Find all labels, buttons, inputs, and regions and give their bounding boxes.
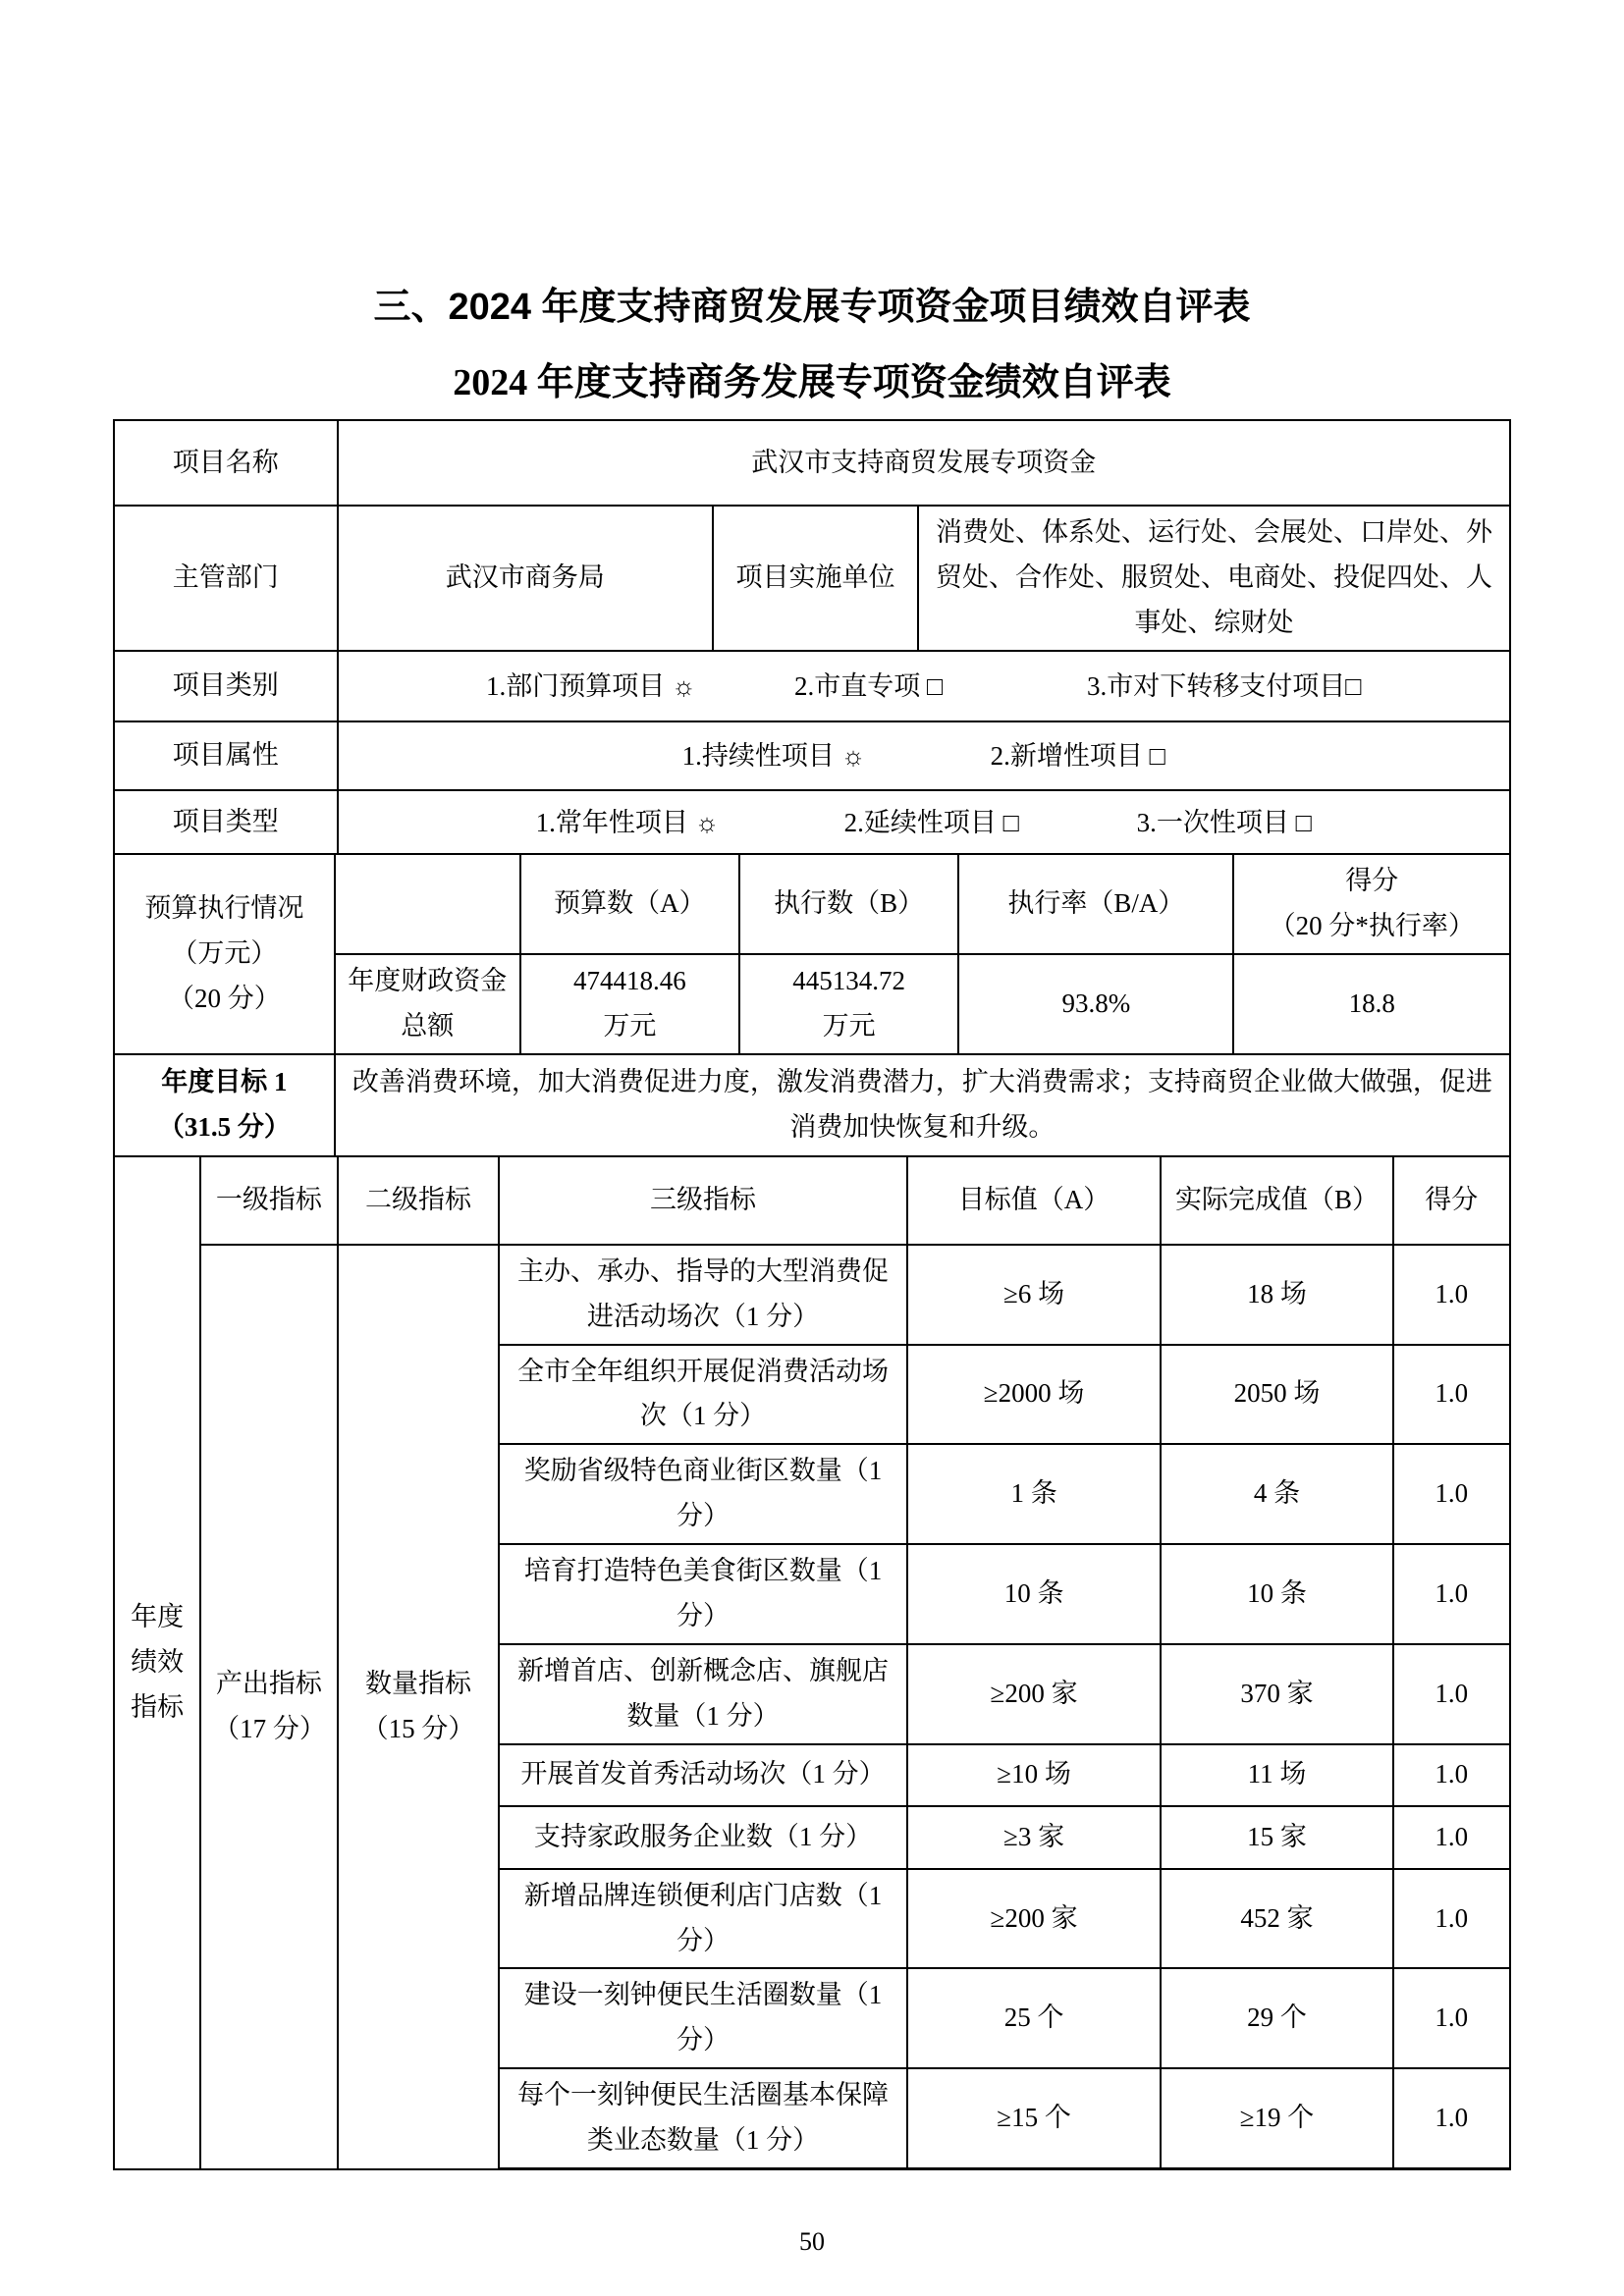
- category-option-unchecked: 2.市直专项 □: [794, 665, 1087, 710]
- indicator-score: 1.0: [1394, 1870, 1511, 1970]
- category-option-checked: 1.部门预算项目 ☼: [486, 665, 794, 710]
- indicator-name: 开展首发首秀活动场次（1 分）: [500, 1745, 907, 1807]
- level3-header: 三级指标: [500, 1157, 907, 1246]
- table-row: 预算执行情况 （万元） （20 分） 预算数（A） 执行数（B） 执行率（B/A…: [115, 855, 1511, 955]
- indicator-target-value: 1 条: [908, 1445, 1163, 1545]
- indicator-target-value: 25 个: [908, 1969, 1163, 2069]
- annual-goal-text: 改善消费环境，加大消费促进力度，激发消费潜力，扩大消费需求；支持商贸企业做大做强…: [336, 1055, 1511, 1157]
- indicator-actual-value: ≥19 个: [1162, 2069, 1393, 2170]
- implementing-unit-value: 消费处、体系处、运行处、会展处、口岸处、外贸处、合作处、服贸处、电商处、投促四处…: [919, 507, 1511, 652]
- indicator-score: 1.0: [1394, 1645, 1511, 1745]
- budget-execution-table: 预算执行情况 （万元） （20 分） 预算数（A） 执行数（B） 执行率（B/A…: [113, 855, 1511, 1055]
- type-option-unchecked: 3.一次性项目 □: [1137, 801, 1312, 846]
- table-row: 项目名称 武汉市支持商贸发展专项资金: [115, 421, 1511, 507]
- project-name-value: 武汉市支持商贸发展专项资金: [339, 421, 1511, 507]
- indicator-name: 主办、承办、指导的大型消费促进活动场次（1 分）: [500, 1246, 907, 1346]
- document-page: 三、2024 年度支持商贸发展专项资金项目绩效自评表 2024 年度支持商务发展…: [0, 0, 1624, 2296]
- indicator-score: 1.0: [1394, 1346, 1511, 1446]
- target-header: 目标值（A）: [908, 1157, 1163, 1246]
- annual-fund-total-label: 年度财政资金总额: [336, 955, 521, 1055]
- table-title: 2024 年度支持商务发展专项资金绩效自评表: [0, 363, 1624, 404]
- exec-rate-value: 93.8%: [959, 955, 1234, 1055]
- exec-rate-header: 执行率（B/A）: [959, 855, 1234, 955]
- budget-amount-value: 474418.46 万元: [521, 955, 740, 1055]
- indicator-target-value: ≥200 家: [908, 1645, 1163, 1745]
- project-info-table: 项目名称 武汉市支持商贸发展专项资金 主管部门 武汉市商务局 项目实施单位 消费…: [113, 419, 1511, 855]
- supervising-dept-value: 武汉市商务局: [339, 507, 715, 652]
- table-row: 年度目标 1 （31.5 分） 改善消费环境，加大消费促进力度，激发消费潜力，扩…: [115, 1055, 1511, 1157]
- table-row: 项目类别 1.部门预算项目 ☼2.市直专项 □3.市对下转移支付项目□: [115, 652, 1511, 722]
- page-number: 50: [0, 2227, 1624, 2257]
- attribute-option-checked: 1.持续性项目 ☼: [682, 734, 991, 779]
- indicator-target-value: ≥10 场: [908, 1745, 1163, 1807]
- table-row: 主管部门 武汉市商务局 项目实施单位 消费处、体系处、运行处、会展处、口岸处、外…: [115, 507, 1511, 652]
- level1-output-indicator-label: 产出指标（17 分）: [201, 1246, 338, 2170]
- indicator-score: 1.0: [1394, 1545, 1511, 1645]
- project-type-options: 1.常年性项目 ☼2.延续性项目 □3.一次性项目 □: [339, 791, 1511, 855]
- budget-amount-header: 预算数（A）: [521, 855, 740, 955]
- indicator-actual-value: 18 场: [1162, 1246, 1393, 1346]
- exec-amount-header: 执行数（B）: [740, 855, 959, 955]
- attribute-option-unchecked: 2.新增性项目 □: [991, 734, 1165, 779]
- indicator-actual-value: 2050 场: [1162, 1346, 1393, 1446]
- indicator-target-value: ≥2000 场: [908, 1346, 1163, 1446]
- project-name-label: 项目名称: [115, 421, 339, 507]
- indicator-name: 建设一刻钟便民生活圈数量（1 分）: [500, 1969, 907, 2069]
- indicator-target-value: 10 条: [908, 1545, 1163, 1645]
- exec-amount-value: 445134.72 万元: [740, 955, 959, 1055]
- indicator-score: 1.0: [1394, 2069, 1511, 2170]
- project-category-label: 项目类别: [115, 652, 339, 722]
- indicator-name: 奖励省级特色商业街区数量（1 分）: [500, 1445, 907, 1545]
- indicator-score: 1.0: [1394, 1969, 1511, 2069]
- indicator-target-value: ≥15 个: [908, 2069, 1163, 2170]
- indicator-actual-value: 11 场: [1162, 1745, 1393, 1807]
- document-title: 三、2024 年度支持商贸发展专项资金项目绩效自评表: [0, 0, 1624, 330]
- score-value: 18.8: [1234, 955, 1511, 1055]
- actual-header: 实际完成值（B）: [1162, 1157, 1393, 1246]
- indicator-name: 每个一刻钟便民生活圈基本保障类业态数量（1 分）: [500, 2069, 907, 2170]
- indicator-target-value: ≥200 家: [908, 1870, 1163, 1970]
- budget-spacer-cell: [336, 855, 521, 955]
- self-evaluation-table: 项目名称 武汉市支持商贸发展专项资金 主管部门 武汉市商务局 项目实施单位 消费…: [113, 419, 1511, 2169]
- type-option-checked: 1.常年性项目 ☼: [536, 801, 844, 846]
- indicator-score: 1.0: [1394, 1445, 1511, 1545]
- supervising-dept-label: 主管部门: [115, 507, 339, 652]
- indicator-name: 支持家政服务企业数（1 分）: [500, 1807, 907, 1870]
- indicators-header-row: 年度绩效指标 一级指标 二级指标 三级指标 目标值（A） 实际完成值（B） 得分: [115, 1157, 1511, 1246]
- level1-header: 一级指标: [201, 1157, 338, 1246]
- project-attribute-label: 项目属性: [115, 722, 339, 791]
- level2-quantity-indicator-label: 数量指标（15 分）: [339, 1246, 501, 2170]
- indicator-name: 全市全年组织开展促消费活动场次（1 分）: [500, 1346, 907, 1446]
- indicator-name: 新增首店、创新概念店、旗舰店数量（1 分）: [500, 1645, 907, 1745]
- annual-goal-label: 年度目标 1 （31.5 分）: [115, 1055, 336, 1157]
- indicator-score: 1.0: [1394, 1246, 1511, 1346]
- annual-performance-side-label: 年度绩效指标: [115, 1157, 201, 2170]
- annual-goal-table: 年度目标 1 （31.5 分） 改善消费环境，加大消费促进力度，激发消费潜力，扩…: [113, 1055, 1511, 1157]
- indicator-actual-value: 15 家: [1162, 1807, 1393, 1870]
- indicator-row: 产出指标（17 分） 数量指标（15 分） 主办、承办、指导的大型消费促进活动场…: [115, 1246, 1511, 1346]
- indicator-target-value: ≥6 场: [908, 1246, 1163, 1346]
- indicator-target-value: ≥3 家: [908, 1807, 1163, 1870]
- project-type-label: 项目类型: [115, 791, 339, 855]
- implementing-unit-label: 项目实施单位: [714, 507, 919, 652]
- score-header: 得分 （20 分*执行率）: [1234, 855, 1511, 955]
- indicator-actual-value: 10 条: [1162, 1545, 1393, 1645]
- category-option-unchecked: 3.市对下转移支付项目□: [1087, 665, 1362, 710]
- table-row: 项目类型 1.常年性项目 ☼2.延续性项目 □3.一次性项目 □: [115, 791, 1511, 855]
- indicator-score: 1.0: [1394, 1745, 1511, 1807]
- project-attribute-options: 1.持续性项目 ☼2.新增性项目 □: [339, 722, 1511, 791]
- table-row: 项目属性 1.持续性项目 ☼2.新增性项目 □: [115, 722, 1511, 791]
- score-header: 得分: [1394, 1157, 1511, 1246]
- indicator-actual-value: 370 家: [1162, 1645, 1393, 1745]
- indicator-actual-value: 29 个: [1162, 1969, 1393, 2069]
- level2-header: 二级指标: [339, 1157, 501, 1246]
- indicator-score: 1.0: [1394, 1807, 1511, 1870]
- indicator-actual-value: 452 家: [1162, 1870, 1393, 1970]
- indicator-name: 新增品牌连锁便利店门店数（1 分）: [500, 1870, 907, 1970]
- project-category-options: 1.部门预算项目 ☼2.市直专项 □3.市对下转移支付项目□: [339, 652, 1511, 722]
- indicator-name: 培育打造特色美食街区数量（1 分）: [500, 1545, 907, 1645]
- budget-section-label: 预算执行情况 （万元） （20 分）: [115, 855, 336, 1055]
- indicator-actual-value: 4 条: [1162, 1445, 1393, 1545]
- performance-indicators-table: 年度绩效指标 一级指标 二级指标 三级指标 目标值（A） 实际完成值（B） 得分…: [113, 1157, 1511, 2170]
- type-option-unchecked: 2.延续性项目 □: [844, 801, 1137, 846]
